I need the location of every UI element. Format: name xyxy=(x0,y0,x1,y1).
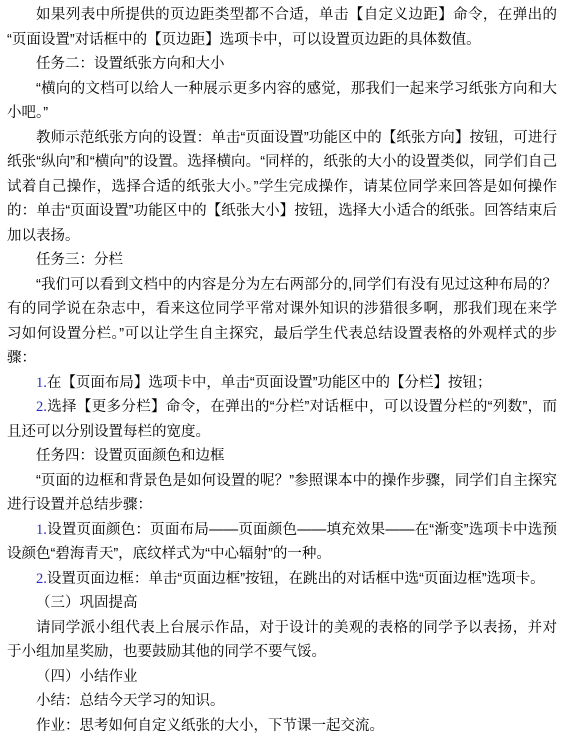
list-number: 1. xyxy=(36,375,47,391)
list-number: 2. xyxy=(36,399,47,415)
paragraph: “横向的文档可以给人一种展示更多内容的感觉，那我们一起来学习纸张方向和大小吧。” xyxy=(7,77,557,126)
paragraph-text: 选择【更多分栏】命令，在弹出的“分栏”对话框中，可以设置分栏的“列数”，而且还可… xyxy=(7,399,557,440)
paragraph: （四）小结作业 xyxy=(7,665,557,690)
paragraph-text: 任务二：设置纸张方向和大小 xyxy=(36,56,225,72)
list-number: 2. xyxy=(36,571,47,587)
paragraph: 小结：总结今天学习的知识。 xyxy=(7,689,557,714)
paragraph-text: （三）巩固提高 xyxy=(36,595,138,611)
paragraph-text: “横向的文档可以给人一种展示更多内容的感觉，那我们一起来学习纸张方向和大小吧。” xyxy=(7,81,557,122)
paragraph: 作业：思考如何自定义纸张的大小，下节课一起交流。 xyxy=(7,714,557,739)
paragraph: “我们可以看到文档中的内容是分为左右两部分的,同学们有没有见过这种布局的？有的同… xyxy=(7,273,557,371)
paragraph-text: 设置页面边框：单击“页面边框”按钮，在跳出的对话框中选“页面边框”选项卡。 xyxy=(47,571,545,587)
paragraph-text: 作业：思考如何自定义纸张的大小，下节课一起交流。 xyxy=(36,718,384,734)
paragraph: 请同学派小组代表上台展示作品，对于设计的美观的表格的同学予以表扬，并对于小组加星… xyxy=(7,616,557,665)
paragraph-text: “页面的边框和背景色是如何设置的呢？”参照课本中的操作步骤，同学们自主探究进行设… xyxy=(7,473,557,514)
document-body: 如果列表中所提供的页边距类型都不合适，单击【自定义边距】命令，在弹出的“页面设置… xyxy=(7,3,557,738)
paragraph: 2.选择【更多分栏】命令，在弹出的“分栏”对话框中，可以设置分栏的“列数”，而且… xyxy=(7,395,557,444)
paragraph: 任务三：分栏 xyxy=(7,248,557,273)
paragraph: 1.设置页面颜色：页面布局——页面颜色——填充效果——在“渐变”选项卡中选预设颜… xyxy=(7,518,557,567)
paragraph-text: 任务三：分栏 xyxy=(36,252,123,268)
paragraph-text: 在【页面布局】选项卡中，单击“页面设置”功能区中的【分栏】按钮； xyxy=(47,375,492,391)
paragraph-text: “我们可以看到文档中的内容是分为左右两部分的,同学们有没有见过这种布局的？有的同… xyxy=(7,277,557,367)
list-number: 1. xyxy=(36,522,47,538)
paragraph-text: 小结：总结今天学习的知识。 xyxy=(36,693,225,709)
paragraph: 2.设置页面边框：单击“页面边框”按钮，在跳出的对话框中选“页面边框”选项卡。 xyxy=(7,567,557,592)
paragraph: （三）巩固提高 xyxy=(7,591,557,616)
paragraph-text: 请同学派小组代表上台展示作品，对于设计的美观的表格的同学予以表扬，并对于小组加星… xyxy=(7,620,557,661)
paragraph: 任务四：设置页面颜色和边框 xyxy=(7,444,557,469)
paragraph: 如果列表中所提供的页边距类型都不合适，单击【自定义边距】命令，在弹出的“页面设置… xyxy=(7,3,557,52)
document-page: 如果列表中所提供的页边距类型都不合适，单击【自定义边距】命令，在弹出的“页面设置… xyxy=(0,0,564,748)
paragraph-text: 教师示范纸张方向的设置：单击“页面设置”功能区中的【纸张方向】按钮，可进行纸张“… xyxy=(7,130,557,244)
paragraph-text: 如果列表中所提供的页边距类型都不合适，单击【自定义边距】命令，在弹出的“页面设置… xyxy=(7,7,557,48)
paragraph-text: 任务四：设置页面颜色和边框 xyxy=(36,448,225,464)
paragraph: 教师示范纸张方向的设置：单击“页面设置”功能区中的【纸张方向】按钮，可进行纸张“… xyxy=(7,126,557,249)
paragraph-text: 设置页面颜色：页面布局——页面颜色——填充效果——在“渐变”选项卡中选预设颜色“… xyxy=(7,522,557,563)
paragraph: 1.在【页面布局】选项卡中，单击“页面设置”功能区中的【分栏】按钮； xyxy=(7,371,557,396)
paragraph-text: （四）小结作业 xyxy=(36,669,138,685)
paragraph: 任务二：设置纸张方向和大小 xyxy=(7,52,557,77)
paragraph: “页面的边框和背景色是如何设置的呢？”参照课本中的操作步骤，同学们自主探究进行设… xyxy=(7,469,557,518)
